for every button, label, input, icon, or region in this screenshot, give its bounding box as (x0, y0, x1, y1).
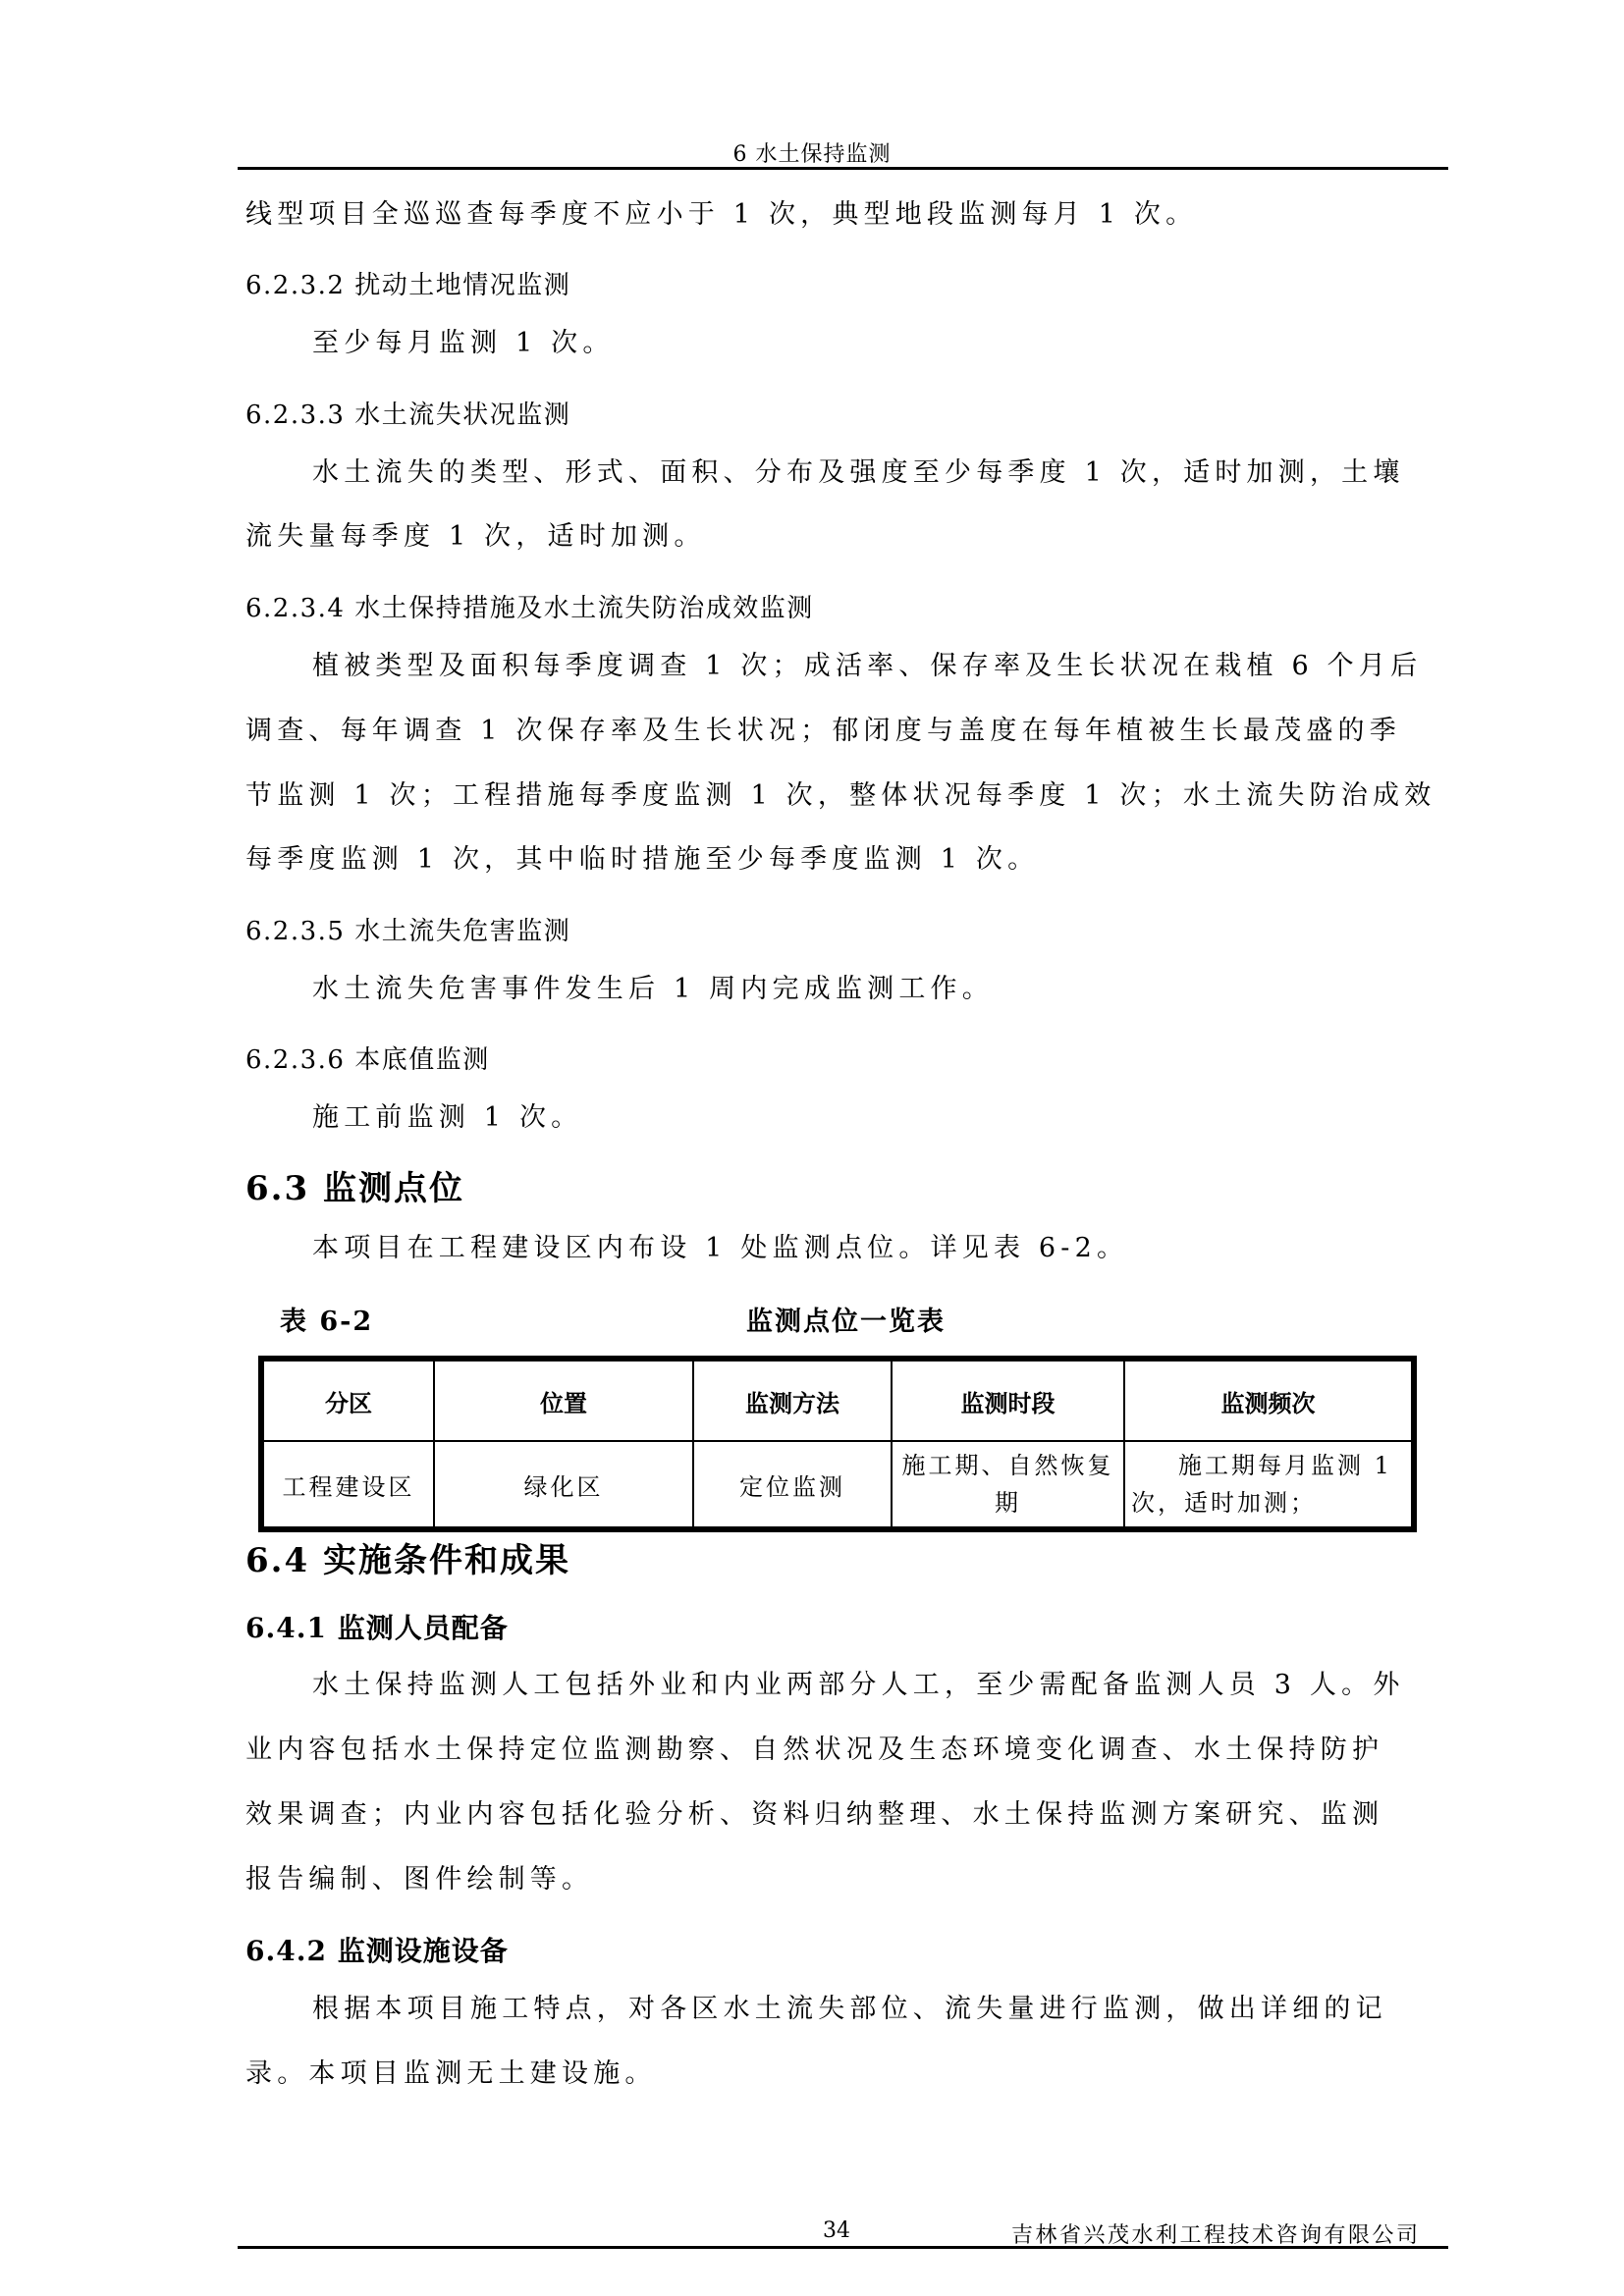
paragraph-6-3: 本项目在工程建设区内布设 1 处监测点位。详见表 6-2。 (312, 1235, 1128, 1261)
paragraph-line: 调查、每年调查 1 次保存率及生长状况；郁闭度与盖度在每年植被生长最茂盛的季 (245, 718, 1401, 744)
paragraph-6-2-3-6: 施工前监测 1 次。 (312, 1104, 582, 1131)
table-title: 监测点位一览表 (746, 1300, 946, 1338)
heading-6-4-2: 6.4.2 监测设施设备 (245, 1930, 509, 1969)
paragraph-continuation: 线型项目全巡巡查每季度不应小于 1 次，典型地段监测每月 1 次。 (245, 201, 1197, 228)
monitoring-points-table: 分区 位置 监测方法 监测时段 监测频次 工程建设区 绿化区 定位监测 施工期、… (258, 1356, 1417, 1532)
table-cell: 绿化区 (434, 1441, 693, 1529)
table-cell: 工程建设区 (261, 1441, 434, 1529)
table-cell: 施工期每月监测 1 次，适时加测； (1124, 1441, 1414, 1529)
table-header-row: 分区 位置 监测方法 监测时段 监测频次 (261, 1359, 1414, 1441)
paragraph-line: 流失量每季度 1 次，适时加测。 (245, 523, 706, 550)
table-header-cell: 分区 (261, 1359, 434, 1441)
table-header-cell: 监测方法 (693, 1359, 892, 1441)
heading-6-4-1: 6.4.1 监测人员配备 (245, 1607, 509, 1646)
paragraph-6-2-3-5: 水土流失危害事件发生后 1 周内完成监测工作。 (312, 976, 994, 1002)
paragraph-line: 报告编制、图件绘制等。 (245, 1866, 593, 1893)
paragraph-line: 业内容包括水土保持定位监测勘察、自然状况及生态环境变化调查、水土保持防护 (245, 1736, 1383, 1763)
paragraph-line: 节监测 1 次；工程措施每季度监测 1 次，整体状况每季度 1 次；水土流失防治… (245, 782, 1435, 809)
header-rule (238, 167, 1448, 170)
paragraph-line: 根据本项目施工特点，对各区水土流失部位、流失量进行监测，做出详细的记 (312, 1996, 1387, 2022)
heading-6-2-3-5: 6.2.3.5 水土流失危害监测 (245, 911, 570, 947)
table-header-cell: 监测频次 (1124, 1359, 1414, 1441)
paragraph-6-2-3-2: 至少每月监测 1 次。 (312, 330, 615, 356)
paragraph-line: 水土流失的类型、形式、面积、分布及强度至少每季度 1 次，适时加测，土壤 (312, 459, 1405, 486)
paragraph-line: 录。本项目监测无土建设施。 (245, 2060, 657, 2087)
heading-6-4: 6.4 实施条件和成果 (245, 1533, 570, 1581)
footer-organization: 吉林省兴茂水利工程技术咨询有限公司 (1011, 2218, 1421, 2249)
heading-6-2-3-3: 6.2.3.3 水土流失状况监测 (245, 395, 570, 431)
footer-rule (238, 2246, 1448, 2249)
table-header-cell: 监测时段 (892, 1359, 1124, 1441)
heading-6-2-3-2: 6.2.3.2 扰动土地情况监测 (245, 265, 570, 301)
running-header: 6 水土保持监测 (0, 137, 1624, 168)
paragraph-line: 每季度监测 1 次，其中临时措施至少每季度监测 1 次。 (245, 846, 1039, 873)
table-cell: 施工期、自然恢复期 (892, 1441, 1124, 1529)
table-header-cell: 位置 (434, 1359, 693, 1441)
heading-6-2-3-6: 6.2.3.6 本底值监测 (245, 1040, 490, 1076)
heading-6-3: 6.3 监测点位 (245, 1161, 464, 1209)
table-cell: 定位监测 (693, 1441, 892, 1529)
heading-6-2-3-4: 6.2.3.4 水土保持措施及水土流失防治成效监测 (245, 588, 814, 624)
table-number: 表 6-2 (280, 1300, 373, 1338)
page-number: 34 (823, 2218, 850, 2243)
paragraph-line: 水土保持监测人工包括外业和内业两部分人工，至少需配备监测人员 3 人。外 (312, 1672, 1405, 1698)
paragraph-line: 效果调查；内业内容包括化验分析、资料归纳整理、水土保持监测方案研究、监测 (245, 1801, 1383, 1828)
table-row: 工程建设区 绿化区 定位监测 施工期、自然恢复期 施工期每月监测 1 次，适时加… (261, 1441, 1414, 1529)
paragraph-line: 植被类型及面积每季度调查 1 次；成活率、保存率及生长状况在栽植 6 个月后 (312, 653, 1422, 679)
